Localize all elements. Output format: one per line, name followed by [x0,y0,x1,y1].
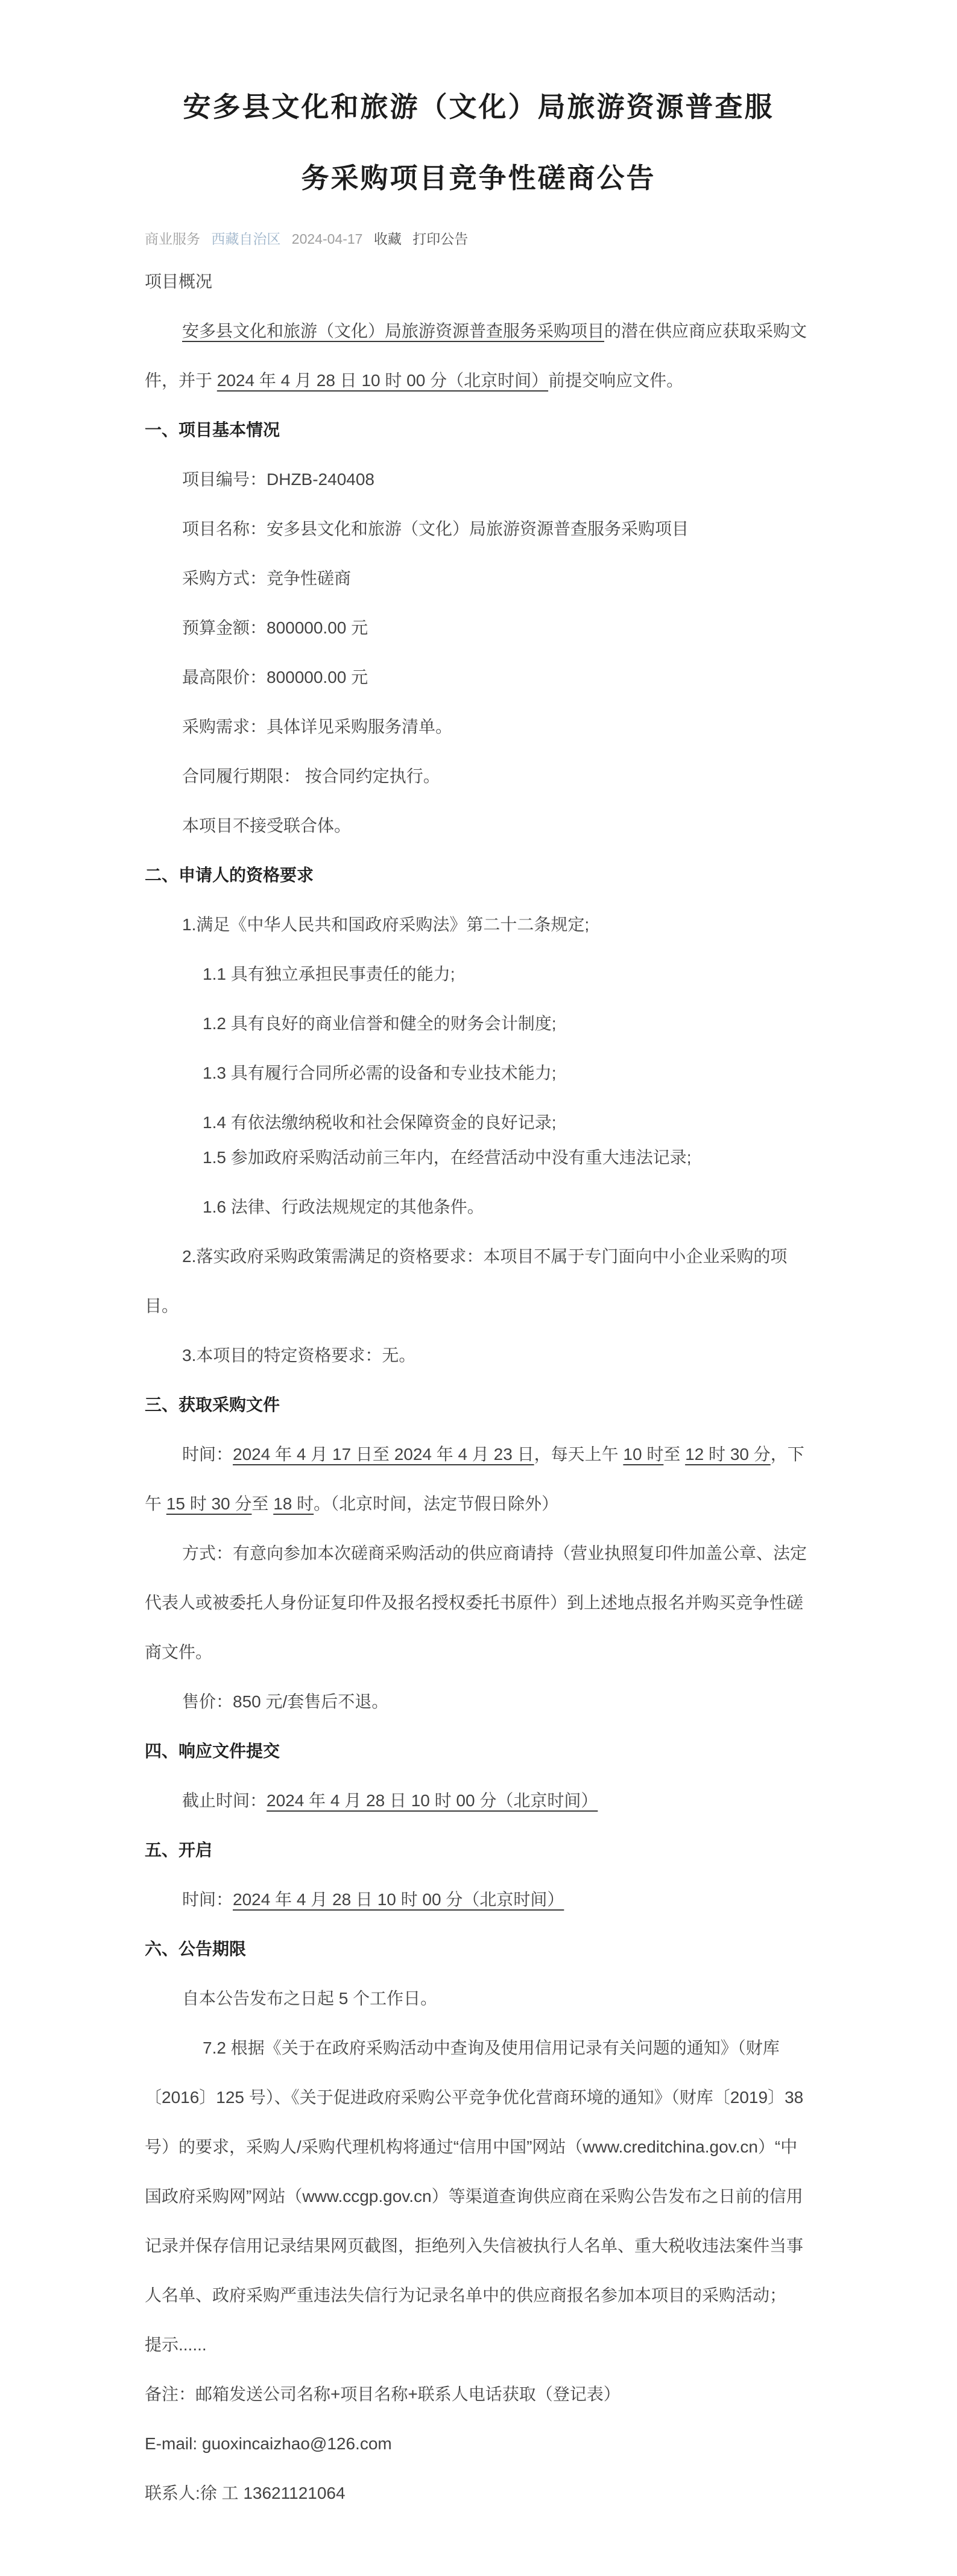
text-segment: 前提交响应文件。 [548,371,683,390]
text-segment: 售价：850 元/套售后不退。 [182,1692,388,1711]
text-segment: 1.6 法律、行政法规规定的其他条件。 [203,1198,484,1216]
underlined-text: 2024 年 4 月 28 日 10 时 00 分（北京时间） [217,371,548,390]
project-number: 项目编号：DHZB-240408 [145,455,812,504]
page-title-line2: 务采购项目竞争性磋商公告 [145,142,812,214]
remark-line: 备注：邮箱发送公司名称+项目名称+联系人电话获取（登记表） [145,2370,812,2419]
text-segment: 至 [663,1445,685,1464]
print-link[interactable]: 打印公告 [412,231,468,247]
text-segment: 1.4 有依法缴纳税收和社会保障资金的良好记录; [203,1113,557,1132]
text-segment: 项目编号：DHZB-240408 [182,470,374,489]
announcement-period: 自本公告发布之日起 5 个工作日。 [145,1974,812,2023]
text-segment: 一、项目基本情况 [145,420,280,439]
favorite-link[interactable]: 收藏 [374,231,402,247]
contact-line: 联系人:徐 工 13621121064 [145,2469,812,2518]
underlined-text: 10 时 [623,1445,663,1464]
text-segment: 1.2 具有良好的商业信誉和健全的财务会计制度; [203,1014,557,1033]
qualification-1-1: 1.1 具有独立承担民事责任的能力; [145,950,812,999]
text-segment: 时间： [182,1445,233,1464]
section-6-heading: 六、公告期限 [145,1924,812,1974]
text-segment: 预算金额：800000.00 元 [182,618,368,637]
text-segment: E-mail: guoxincaizhao@126.com [145,2434,392,2453]
text-segment: 3.本项目的特定资格要求：无。 [182,1346,415,1365]
text-segment: 采购需求：具体详见采购服务清单。 [182,717,452,736]
text-segment: 五、开启 [145,1841,212,1859]
text-segment: 项目概况 [145,272,212,291]
procurement-requirements: 采购需求：具体详见采购服务清单。 [145,702,812,752]
region-link[interactable]: 西藏自治区 [211,231,280,247]
max-price-limit: 最高限价：800000.00 元 [145,653,812,702]
project-overview-label: 项目概况 [145,257,812,306]
text-segment: 至 [251,1494,273,1513]
document-body: 项目概况安多县文化和旅游（文化）局旅游资源普查服务采购项目的潜在供应商应获取采购… [145,257,812,2518]
text-segment: 提示...... [145,2335,207,2354]
text-segment: 备注：邮箱发送公司名称+项目名称+联系人电话获取（登记表） [145,2385,621,2403]
qualification-1-5: 1.5 参加政府采购活动前三年内，在经营活动中没有重大违法记录; [145,1133,812,1182]
underlined-text: 安多县文化和旅游（文化）局旅游资源普查服务采购项目 [182,322,604,340]
qualification-1-3: 1.3 具有履行合同所必需的设备和专业技术能力; [145,1048,812,1098]
qualification-2: 2.落实政府采购政策需满足的资格要求：本项目不属于专门面向中小企业采购的项目。 [145,1232,812,1331]
announcement-page: 安多县文化和旅游（文化）局旅游资源普查服 务采购项目竞争性磋商公告 商业服务 西… [145,0,812,2518]
contract-period: 合同履行期限： 按合同约定执行。 [145,752,812,801]
text-segment: 三、获取采购文件 [145,1395,280,1414]
text-segment: 合同履行期限： 按合同约定执行。 [182,767,440,785]
text-segment: 。（北京时间，法定节假日除外） [314,1494,558,1513]
page-title: 安多县文化和旅游（文化）局旅游资源普查服 务采购项目竞争性磋商公告 [145,71,812,214]
text-segment: 截止时间： [182,1791,267,1810]
section-5-heading: 五、开启 [145,1826,812,1875]
text-segment: 四、响应文件提交 [145,1742,280,1760]
underlined-text: 2024 年 4 月 28 日 10 时 00 分（北京时间） [233,1890,564,1909]
text-segment: 项目名称：安多县文化和旅游（文化）局旅游资源普查服务采购项目 [182,519,689,538]
text-segment: 本项目不接受联合体。 [182,816,351,835]
qualification-1: 1.满足《中华人民共和国政府采购法》第二十二条规定; [145,900,812,950]
credit-record-clause: 7.2 根据《关于在政府采购活动中查询及使用信用记录有关问题的通知》（财库〔20… [145,2023,812,2320]
text-segment: 7.2 根据《关于在政府采购活动中查询及使用信用记录有关问题的通知》（财库〔20… [145,2038,803,2305]
budget-amount: 预算金额：800000.00 元 [145,603,812,653]
section-4-heading: 四、响应文件提交 [145,1727,812,1776]
underlined-text: 2024 年 4 月 17 日至 2024 年 4 月 23 日 [233,1445,534,1464]
text-segment: 2.落实政府采购政策需满足的资格要求：本项目不属于专门面向中小企业采购的项目。 [145,1247,787,1315]
qualification-1-2: 1.2 具有良好的商业信誉和健全的财务会计制度; [145,999,812,1048]
text-segment: 1.3 具有履行合同所必需的设备和专业技术能力; [203,1064,557,1082]
text-segment: 方式：有意向参加本次磋商采购活动的供应商请持（营业执照复印件加盖公章、法定代表人… [145,1544,807,1661]
text-segment: 1.1 具有独立承担民事责任的能力; [203,965,455,983]
project-name: 项目名称：安多县文化和旅游（文化）局旅游资源普查服务采购项目 [145,504,812,554]
qualification-1-6: 1.6 法律、行政法规规定的其他条件。 [145,1182,812,1232]
underlined-text: 15 时 30 分 [166,1494,252,1513]
meta-bar: 商业服务 西藏自治区 2024-04-17 收藏 打印公告 [145,229,812,249]
text-segment: ，每天上午 [534,1445,624,1464]
page-title-line1: 安多县文化和旅游（文化）局旅游资源普查服 [145,71,812,142]
qualification-3: 3.本项目的特定资格要求：无。 [145,1331,812,1380]
procurement-method: 采购方式：竞争性磋商 [145,554,812,603]
text-segment: 时间： [182,1890,233,1909]
document-price: 售价：850 元/套售后不退。 [145,1677,812,1727]
text-segment: 联系人:徐 工 13621121064 [145,2484,346,2502]
text-segment: 1.5 参加政府采购活动前三年内，在经营活动中没有重大违法记录; [203,1148,692,1167]
overview-paragraph: 安多县文化和旅游（文化）局旅游资源普查服务采购项目的潜在供应商应获取采购文件，并… [145,306,812,405]
underlined-text: 12 时 30 分 [685,1445,771,1464]
submission-deadline: 截止时间：2024 年 4 月 28 日 10 时 00 分（北京时间） [145,1776,812,1826]
text-segment: 采购方式：竞争性磋商 [182,569,351,588]
underlined-text: 18 时 [273,1494,314,1513]
text-segment: 六、公告期限 [145,1940,246,1958]
text-segment: 自本公告发布之日起 5 个工作日。 [182,1989,437,2008]
opening-time: 时间：2024 年 4 月 28 日 10 时 00 分（北京时间） [145,1875,812,1924]
no-consortium-note: 本项目不接受联合体。 [145,801,812,851]
text-segment: 最高限价：800000.00 元 [182,668,368,687]
tips-line: 提示...... [145,2320,812,2370]
document-time: 时间：2024 年 4 月 17 日至 2024 年 4 月 23 日，每天上午… [145,1430,812,1529]
section-1-heading: 一、项目基本情况 [145,405,812,455]
category-label: 商业服务 [145,231,200,247]
email-line: E-mail: guoxincaizhao@126.com [145,2419,812,2469]
text-segment: 二、申请人的资格要求 [145,866,314,884]
section-3-heading: 三、获取采购文件 [145,1380,812,1430]
document-method: 方式：有意向参加本次磋商采购活动的供应商请持（营业执照复印件加盖公章、法定代表人… [145,1529,812,1677]
section-2-heading: 二、申请人的资格要求 [145,851,812,900]
text-segment: 1.满足《中华人民共和国政府采购法》第二十二条规定; [182,915,589,934]
publish-date: 2024-04-17 [292,231,363,247]
underlined-text: 2024 年 4 月 28 日 10 时 00 分（北京时间） [267,1791,598,1810]
